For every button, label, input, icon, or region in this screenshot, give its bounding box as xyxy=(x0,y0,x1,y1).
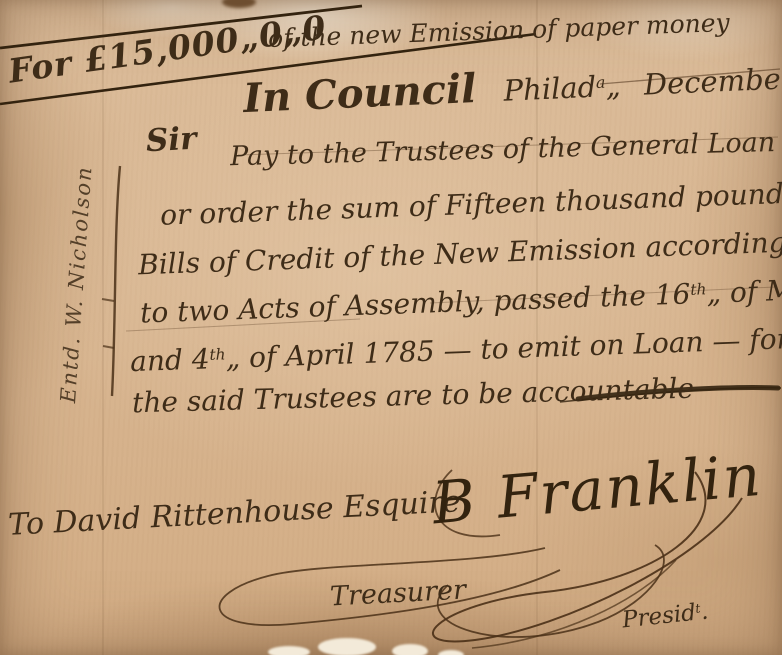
franklin-signature: B Franklin xyxy=(430,441,765,538)
paper-tear xyxy=(438,650,464,655)
heading-line: In Council Philada„ December 6th„ 1785 xyxy=(242,45,782,122)
line5-superscript: th xyxy=(209,345,226,364)
presid-period: . xyxy=(700,599,710,626)
margin-bracket-line xyxy=(112,166,120,396)
body-line-5: and 4th„ of April 1785 — to emit on Loan… xyxy=(130,319,782,378)
body-line-2: or order the sum of Fifteen thousand pou… xyxy=(160,175,782,232)
body-line-4: to two Acts of Assembly, passed the 16th… xyxy=(140,271,782,329)
manuscript-document: For £15,000„0„0 of the new Emission of p… xyxy=(0,0,782,655)
signature-title: Presidt. xyxy=(621,599,710,634)
paper-tear xyxy=(318,638,376,655)
date-text: December 6th„ 1785 xyxy=(643,55,782,102)
amount-continuation-text: of the new Emission of paper money xyxy=(268,8,730,53)
place-separator: „ xyxy=(605,69,622,104)
addressee-title: Treasurer xyxy=(329,574,466,612)
margin-entry-note: Entd. W. Nicholson xyxy=(56,165,97,404)
paper-tear xyxy=(392,644,428,655)
body-line-3: Bills of Credit of the New Emission acco… xyxy=(138,226,782,282)
addressee-line: To David Rittenhouse Esquire xyxy=(7,484,461,543)
place-text: Philada„ xyxy=(503,69,622,108)
line4-superscript: th xyxy=(690,280,707,299)
line4-end: „ of March xyxy=(706,271,782,309)
salutation: Sir xyxy=(145,121,197,160)
fold-crease-left xyxy=(102,0,104,655)
ink-blot xyxy=(222,0,256,8)
paper-tear xyxy=(268,646,310,655)
body-line-6: the said Trustees are to be accountable xyxy=(132,372,695,420)
margin-tick xyxy=(103,346,114,348)
in-council-text: In Council xyxy=(242,65,477,122)
amount-continuation: of the new Emission of paper money xyxy=(268,8,730,53)
line5-end: „ of April 1785 — to emit on Loan — for … xyxy=(225,319,782,375)
body-line-1: Pay to the Trustees of the General Loan … xyxy=(230,125,782,173)
